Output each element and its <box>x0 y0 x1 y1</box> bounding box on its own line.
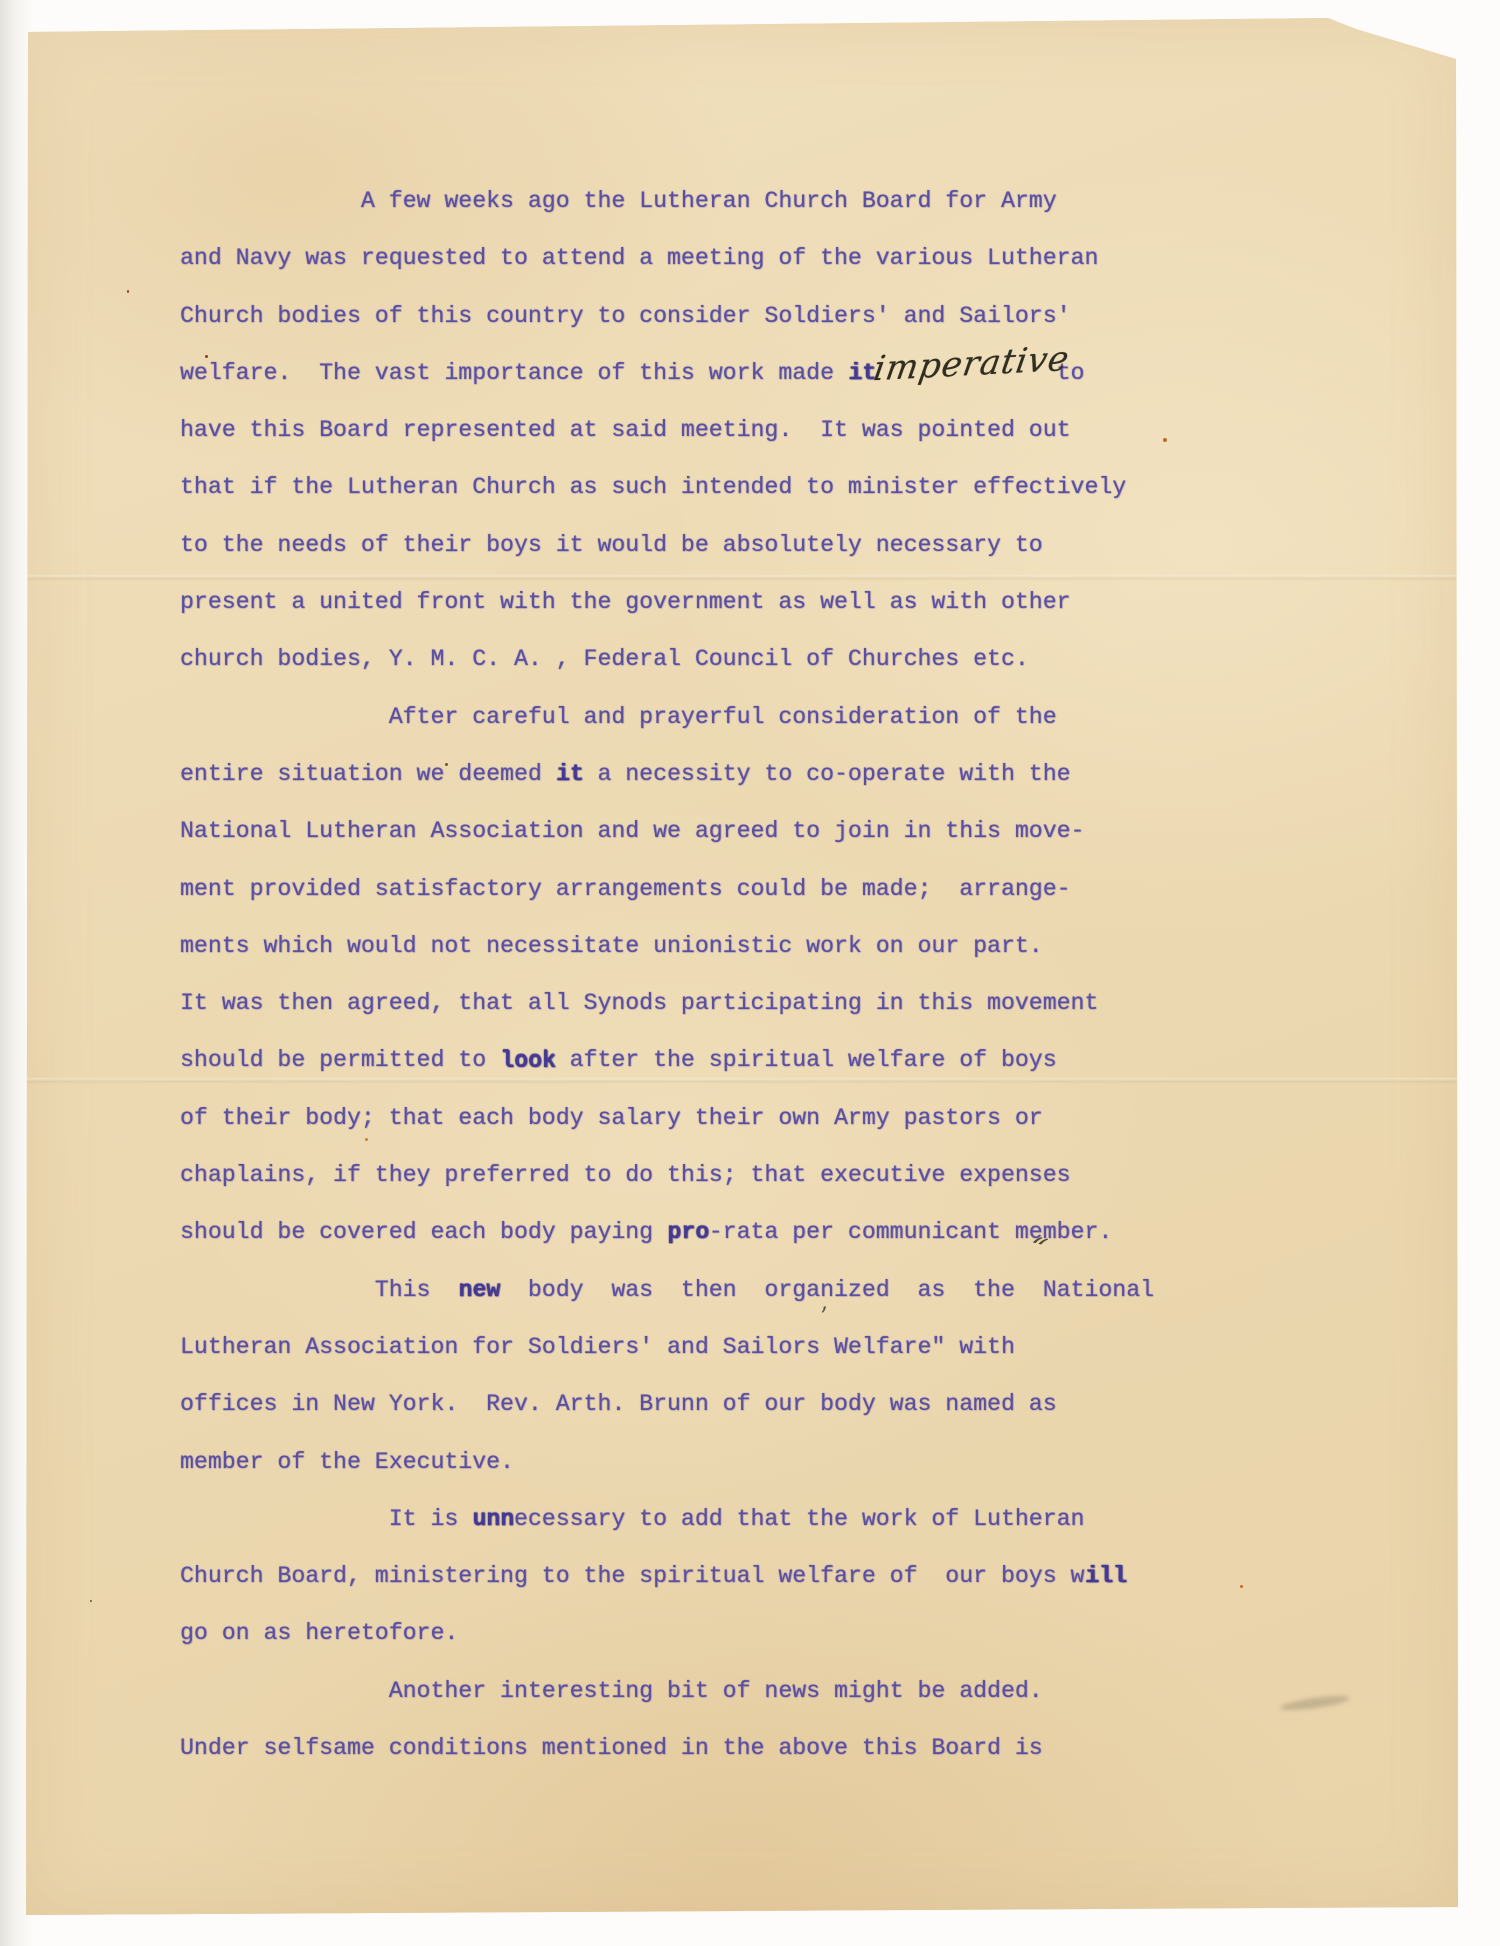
paper-speck <box>127 290 129 293</box>
scanner-background: A few weeks ago the Lutheran Church Boar… <box>0 0 1500 1946</box>
document-page: A few weeks ago the Lutheran Church Boar… <box>25 18 1458 1915</box>
paper-speck <box>1240 1585 1243 1588</box>
paper-speck <box>1163 438 1167 442</box>
paper-speck <box>90 1600 92 1602</box>
typed-text-body: A few weeks ago the Lutheran Church Boar… <box>180 173 1154 1777</box>
paper-smudge <box>1280 1693 1351 1713</box>
